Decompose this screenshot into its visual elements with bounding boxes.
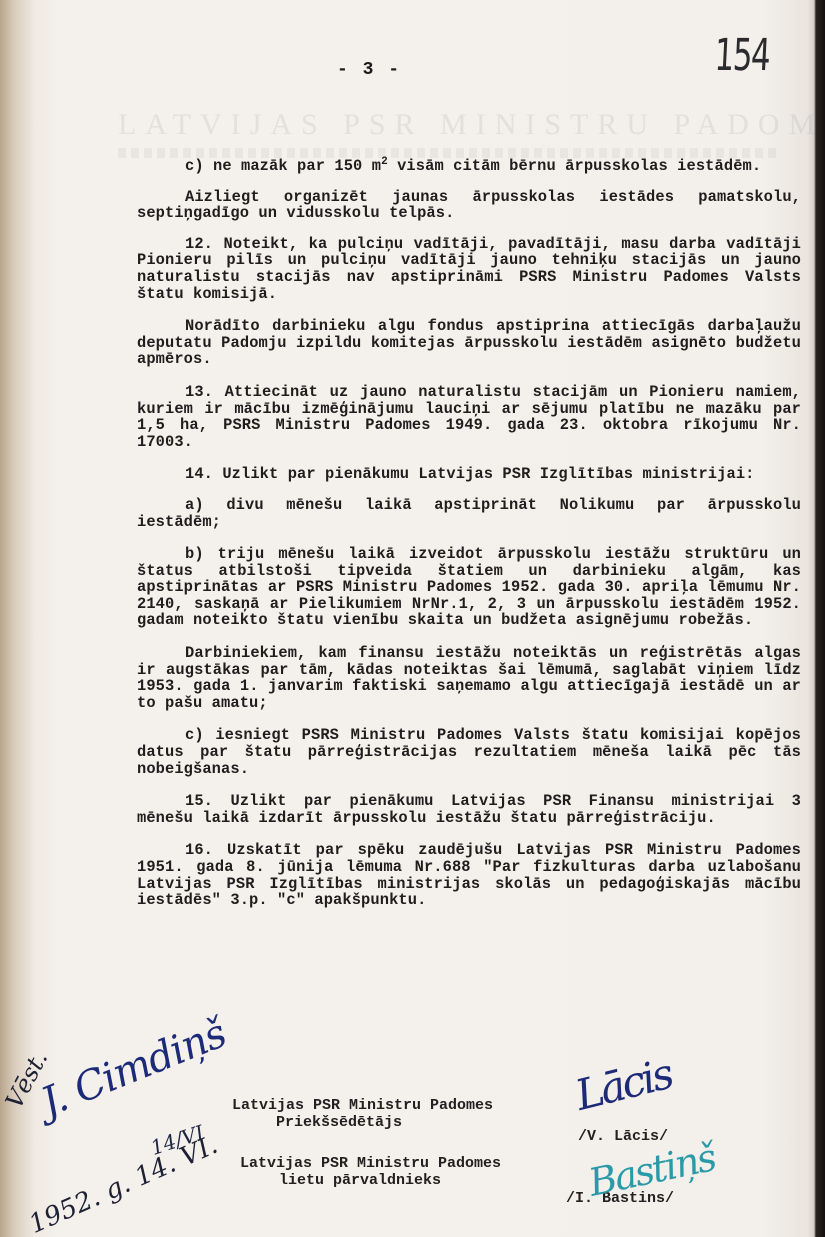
paragraph-14a: a) divu mēnešu laikā apstiprināt Nolikum…	[137, 497, 801, 530]
paragraph-12: 12. Noteikt, ka pulciņu vadītāji, pavadī…	[137, 236, 801, 302]
paragraph-14b: b) triju mēnešu laikā izveidot ārpusskol…	[137, 546, 801, 629]
bleed-through-heading: LATVIJAS PSR MINISTRU PADOME	[118, 108, 778, 142]
handwritten-signature-lacis: Lācis	[571, 1049, 676, 1120]
manager-title: Latvijas PSR Ministru Padomes lietu pārv…	[240, 1155, 501, 1189]
chairman-name: /V. Lācis/	[578, 1128, 668, 1145]
paragraph-15: 15. Uzlikt par pienākumu Latvijas PSR Fi…	[137, 793, 801, 826]
chairman-title: Latvijas PSR Ministru Padomes Priekšsēdē…	[232, 1097, 493, 1131]
paragraph-14: 14. Uzlikt par pienākumu Latvijas PSR Iz…	[137, 466, 801, 483]
paragraph-text-after: visām citām bērnu ārpusskolas iestādēm.	[388, 157, 761, 175]
paragraph-c-150: c) ne mazāk par 150 m2 visām citām bērnu…	[137, 158, 801, 175]
manager-title-line1: Latvijas PSR Ministru Padomes	[240, 1155, 501, 1172]
handwritten-signature-cimdins: J. Cimdiņš	[35, 1011, 232, 1126]
paragraph-16: 16. Uzskatīt par spēku zaudējušu Latvija…	[137, 842, 801, 908]
paragraph-14c: c) iesniegt PSRS Ministru Padomes Valsts…	[137, 727, 801, 777]
manager-name: /I. Bastins/	[566, 1190, 674, 1207]
handwritten-date-long: 1952. g. 14. VI.	[25, 1130, 222, 1237]
page-number: - 3 -	[337, 60, 401, 80]
paragraph-13: 13. Attiecināt uz jauno naturalistu stac…	[137, 384, 801, 450]
paragraph-noraditio: Norādīto darbinieku algu fondus apstipri…	[137, 318, 801, 368]
handwritten-folio-number: 154	[714, 30, 771, 81]
handwritten-margin-note: Vēst.	[0, 1046, 53, 1113]
document-page: LATVIJAS PSR MINISTRU PADOME - 3 - 154 c…	[0, 0, 825, 1237]
chairman-title-line1: Latvijas PSR Ministru Padomes	[232, 1097, 493, 1114]
paragraph-darbiniekiem: Darbiniekiem, kam finansu iestāžu noteik…	[137, 645, 801, 711]
handwritten-date-short: 14/VI	[148, 1120, 207, 1160]
document-body: c) ne mazāk par 150 m2 visām citām bērnu…	[137, 158, 801, 925]
superscript: 2	[381, 156, 388, 168]
chairman-title-line2: Priekšsēdētājs	[232, 1114, 493, 1131]
manager-title-line2: lietu pārvaldnieks	[240, 1172, 501, 1189]
paragraph-aizliegt: Aizliegt organizēt jaunas ārpusskolas ie…	[137, 189, 801, 222]
paragraph-text: c) ne mazāk par 150 m	[185, 157, 381, 175]
